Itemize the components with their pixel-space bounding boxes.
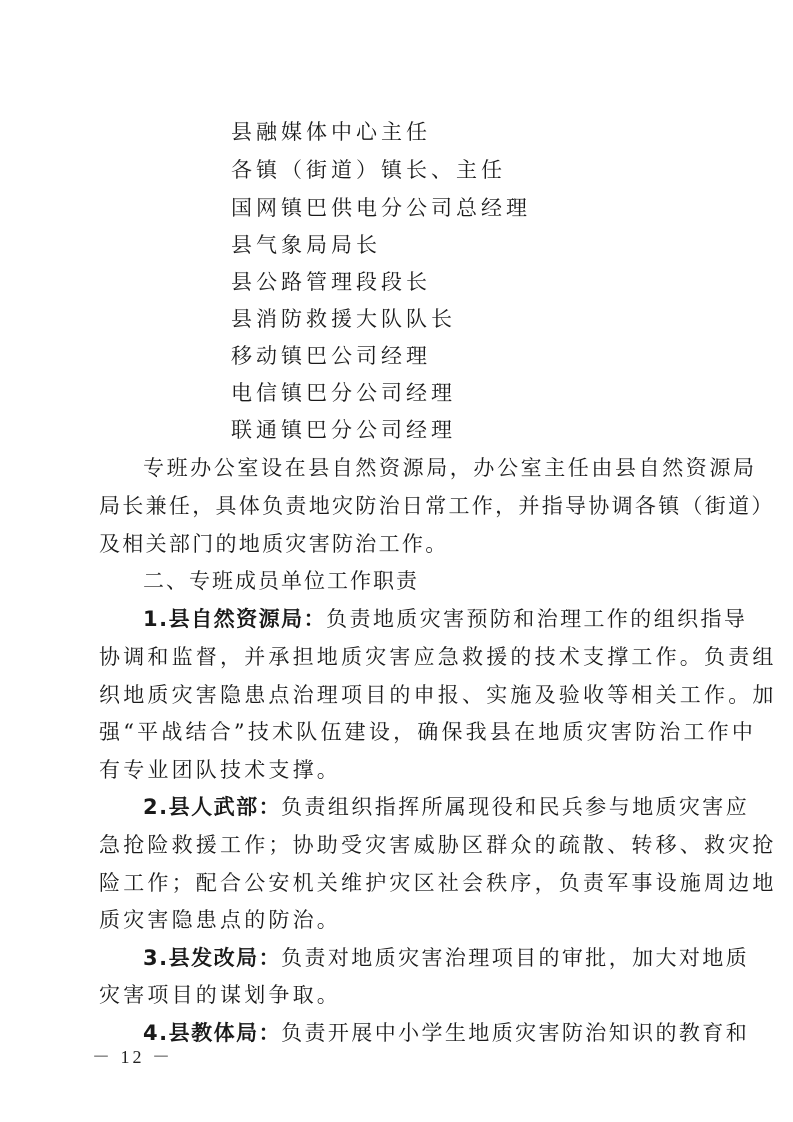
duty-first-line: 1.县自然资源局：负责地质灾害预防和治理工作的组织指导 [143, 605, 747, 633]
office-paragraph-line: 专班办公室设在县自然资源局，办公室主任由县自然资源局 [143, 454, 757, 482]
duty-line: 有专业团队技术支撑。 [99, 756, 341, 784]
duty-lead: 2.县人武部： [143, 795, 281, 819]
duty-line: 险工作；配合公安机关维护灾区社会秩序，负责军事设施周边地 [99, 869, 777, 897]
duty-lead: 4.县教体局： [143, 1021, 281, 1045]
duty-lead: 3.县发改局： [143, 946, 281, 970]
member-item: 各镇（街道）镇长、主任 [231, 156, 506, 184]
duty-line: 急抢险救援工作；协助受灾害威胁区群众的疏散、转移、救灾抢 [99, 831, 777, 859]
duty-first-line: 3.县发改局：负责对地质灾害治理项目的审批，加大对地质 [143, 944, 749, 972]
duty-lead: 1.县自然资源局： [143, 607, 326, 631]
member-item: 联通镇巴分公司经理 [231, 416, 456, 444]
duty-text: 负责开展中小学生地质灾害防治知识的教育和 [281, 1021, 749, 1045]
page-number: － 12 － [92, 1043, 173, 1069]
duty-line: 协调和监督，并承担地质灾害应急救援的技术支撑工作。负责组 [99, 643, 777, 671]
member-item: 移动镇巴公司经理 [231, 342, 431, 370]
member-item: 电信镇巴分公司经理 [231, 379, 456, 407]
duty-line: 质灾害隐患点的防治。 [99, 906, 341, 934]
duty-first-line: 2.县人武部：负责组织指挥所属现役和民兵参与地质灾害应 [143, 793, 749, 821]
office-paragraph-line: 及相关部门的地质灾害防治工作。 [99, 530, 449, 558]
member-item: 县公路管理段段长 [231, 268, 431, 296]
duty-text: 负责组织指挥所属现役和民兵参与地质灾害应 [281, 795, 749, 819]
member-item: 县消防救援大队队长 [231, 305, 456, 333]
section-heading: 二、专班成员单位工作职责 [143, 567, 419, 595]
duty-line: 灾害项目的谋划争取。 [99, 981, 341, 1009]
office-paragraph-line: 局长兼任，具体负责地灾防治日常工作，并指导协调各镇（街道） [99, 492, 775, 520]
member-item: 国网镇巴供电分公司总经理 [231, 194, 531, 222]
duty-line: 织地质灾害隐患点治理项目的申报、实施及验收等相关工作。加 [99, 681, 777, 709]
duty-line: 强“平战结合”技术队伍建设，确保我县在地质灾害防治工作中 [99, 718, 756, 746]
duty-first-line: 4.县教体局：负责开展中小学生地质灾害防治知识的教育和 [143, 1019, 749, 1047]
duty-text: 负责对地质灾害治理项目的审批，加大对地质 [281, 946, 749, 970]
member-item: 县气象局局长 [231, 231, 381, 259]
duty-text: 负责地质灾害预防和治理工作的组织指导 [326, 607, 747, 631]
member-item: 县融媒体中心主任 [231, 118, 431, 146]
document-page: 县融媒体中心主任 各镇（街道）镇长、主任 国网镇巴供电分公司总经理 县气象局局长… [0, 0, 793, 1122]
